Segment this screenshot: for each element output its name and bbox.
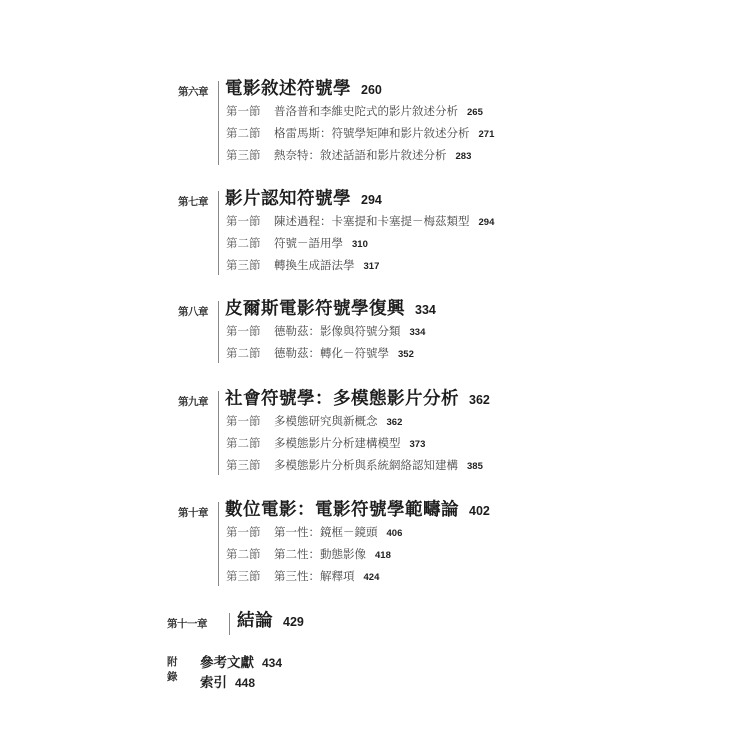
- chapter-title: 皮爾斯電影符號學復興334: [225, 295, 436, 320]
- section-row: 第一節第一性：鏡框－鏡頭406: [226, 524, 402, 540]
- chapter-label: 第九章: [178, 394, 208, 409]
- chapter-divider: [218, 191, 219, 275]
- section-row: 第三節熱奈特：敘述話語和影片敘述分析283: [226, 147, 471, 163]
- section-row: 第三節第三性：解釋項424: [226, 568, 379, 584]
- chapter-title: 結論429: [237, 607, 304, 632]
- chapter-page: 334: [415, 303, 436, 317]
- chapter-divider: [229, 613, 230, 635]
- chapter-divider: [218, 502, 219, 586]
- chapter-page: 362: [469, 393, 490, 407]
- chapter-divider: [218, 81, 219, 165]
- chapter-page: 260: [361, 83, 382, 97]
- chapter-label: 第十一章: [167, 616, 207, 631]
- chapter-label: 第八章: [178, 304, 208, 319]
- chapter-divider: [218, 301, 219, 363]
- chapter-label: 第七章: [178, 194, 208, 209]
- chapter-page: 294: [361, 193, 382, 207]
- section-row: 第二節符號－語用學310: [226, 235, 368, 251]
- chapter-label: 第六章: [178, 84, 208, 99]
- section-row: 第一節多模態研究與新概念362: [226, 413, 402, 429]
- section-row: 第一節德勒茲：影像與符號分類334: [226, 323, 425, 339]
- section-row: 第二節第二性：動態影像418: [226, 546, 391, 562]
- chapter-divider: [218, 391, 219, 475]
- chapter-title: 影片認知符號學294: [225, 185, 382, 210]
- chapter-page: 429: [283, 615, 304, 629]
- appendix-item: 參考文獻434: [200, 651, 282, 671]
- chapter-title: 社會符號學：多模態影片分析362: [225, 385, 490, 410]
- section-row: 第三節轉換生成語法學317: [226, 257, 379, 273]
- chapter-label: 第十章: [178, 505, 208, 520]
- section-row: 第二節格雷馬斯：符號學矩陣和影片敘述分析271: [226, 125, 494, 141]
- chapter-title: 數位電影：電影符號學範疇論402: [225, 496, 490, 521]
- section-row: 第三節多模態影片分析與系統網絡認知建構385: [226, 457, 483, 473]
- section-row: 第一節普洛普和李維史陀式的影片敘述分析265: [226, 103, 483, 119]
- section-row: 第一節陳述過程：卡塞提和卡塞提－梅茲類型294: [226, 213, 494, 229]
- section-row: 第二節德勒茲：轉化－符號學352: [226, 345, 414, 361]
- appendix-label: 附錄: [167, 654, 178, 684]
- chapter-page: 402: [469, 504, 490, 518]
- chapter-title: 電影敘述符號學260: [225, 75, 382, 100]
- section-row: 第二節多模態影片分析建構模型373: [226, 435, 425, 451]
- appendix-item: 索引448: [200, 671, 255, 691]
